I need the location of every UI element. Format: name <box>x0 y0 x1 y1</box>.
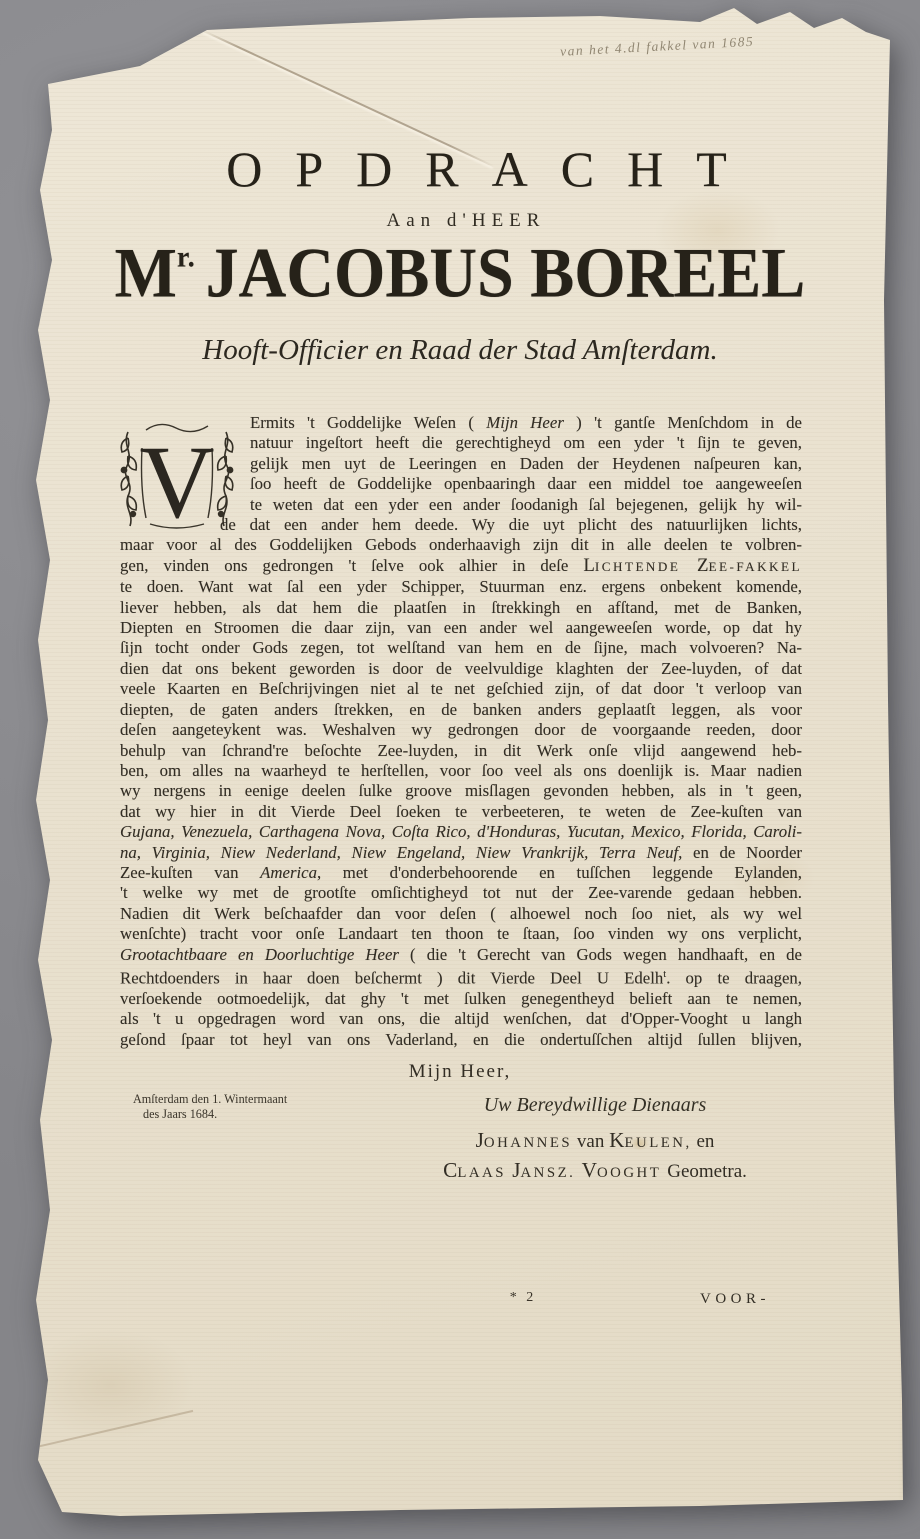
text-segment: Z <box>697 555 708 576</box>
handwritten-annotation: van het 4.dl fakkel van 1685 <box>560 28 860 60</box>
text-segment: EE-FAKKEL <box>708 559 802 574</box>
date-note-line2: des Jaars 1684. <box>133 1107 287 1122</box>
text-segment: V <box>582 1158 597 1182</box>
text-segment: Geometra. <box>667 1161 747 1182</box>
signature-johannes-van-keulen: JOHANNES van KEULEN, en <box>370 1128 820 1153</box>
salutation: Mijn Heer, <box>120 1061 800 1083</box>
body-line: geſond ſpaar tot heyl van ons Vaderland,… <box>120 1030 802 1050</box>
text-segment: gelijk men uyt de Leeringen en Daden der… <box>250 454 802 473</box>
text-segment: EULEN, <box>624 1135 691 1151</box>
text-segment: verſoekende ootmoedelijk, dat ghy 't met… <box>120 989 802 1008</box>
text-segment: Rechtdoenders in haar doen beſchermt ) d… <box>120 969 663 988</box>
body-line: gen, vinden ons gedrongen 't ſelve ook a… <box>120 556 802 577</box>
body-line: als 't u opgedragen word van ons, die al… <box>120 1009 802 1029</box>
servants-line: Uw Bereydwillige Dienaars <box>380 1094 810 1117</box>
dedication-line: Aan d'HEER <box>120 210 806 232</box>
body-line: verſoekende ootmoedelijk, dat ghy 't met… <box>120 989 802 1009</box>
text-segment: Grootachtbaare en Doorluchtige Heer <box>120 945 399 964</box>
body-line: Ermits 't Goddelijke Weſen ( Mijn Heer )… <box>120 413 802 433</box>
text-segment: dat wy hier in dit Vierde Deel ſoeken te… <box>120 802 802 821</box>
text-segment: deſen aangeteykent was. Weshalven wy ged… <box>120 720 802 739</box>
body-line: Zee-kuſten van America, met d'onderbehoo… <box>120 863 802 883</box>
body-line: deſen aangeteykent was. Weshalven wy ged… <box>120 720 802 740</box>
paper-crease-bottom <box>32 1410 193 1449</box>
body-line: ben, om alles na waarheyd te herſtellen,… <box>120 761 802 781</box>
body-line: te weten dat een yder een ander ſoodanig… <box>120 495 802 515</box>
text-segment: 't welke wy met de grootſte omſichtighey… <box>120 883 802 902</box>
text-segment: OHANNES <box>484 1135 572 1151</box>
body-line: de dat een ander hem deede. Wy die uyt p… <box>120 515 802 535</box>
body-line: Diepten en Stroomen die daar zijn, van e… <box>120 618 802 638</box>
text-segment: ben, om alles na waarheyd te herſtellen,… <box>120 761 802 780</box>
text-segment: dien dat ons bekent geworden is door de … <box>120 659 802 678</box>
text-segment: K <box>609 1128 624 1152</box>
text-segment: ICHTENDE <box>595 559 697 574</box>
text-segment: liever hebben, als dat hem die plaatſen … <box>120 598 802 617</box>
body-line: ſoo heeft de Goddelijke openbaaringh daa… <box>120 474 802 494</box>
text-segment: en <box>692 1131 715 1152</box>
date-note: Amſterdam den 1. Wintermaant des Jaars 1… <box>133 1092 287 1121</box>
text-segment: LAAS <box>457 1165 512 1181</box>
text-segment: als 't u opgedragen word van ons, die al… <box>120 1009 802 1028</box>
text-segment: ) 't gantſe Menſchdom in de <box>564 413 802 432</box>
paper-sheet: van het 4.dl fakkel van 1685 OPDRACHT Aa… <box>0 0 920 1539</box>
text-segment: gen, vinden ons gedrongen 't ſelve ook a… <box>120 556 583 575</box>
text-segment: OOGHT <box>597 1165 667 1181</box>
body-line: Nadien dit Werk beſchaafder dan voor deſ… <box>120 904 802 924</box>
dedicatee-subtitle: Hooft-Officier en Raad der Stad Amſterda… <box>120 334 800 367</box>
text-segment: maar voor al des Goddelijken Gebods onde… <box>120 535 802 554</box>
text-segment: , met d'onderbehoorende en tuſſchen legg… <box>317 863 802 882</box>
name-prefix: M <box>115 234 177 313</box>
body-line: na, Virginia, Niew Nederland, Niew Engel… <box>120 843 802 863</box>
text-segment: en de Noorder <box>682 843 802 862</box>
text-segment: J <box>476 1128 484 1152</box>
body-text: Ermits 't Goddelijke Weſen ( Mijn Heer )… <box>120 413 802 1050</box>
dedicatee-name: Mr.JACOBUS BOREEL <box>112 233 808 315</box>
text-segment: Zee-kuſten van <box>120 863 260 882</box>
text-segment: ſijn tocht onder Gods zegen, tot welſtan… <box>120 638 802 657</box>
text-segment: geſond ſpaar tot heyl van ons Vaderland,… <box>120 1030 802 1049</box>
text-segment: ( die 't Gerecht van Gods wegen handhaaf… <box>399 945 802 964</box>
text-segment: C <box>443 1158 457 1182</box>
body-line: veele Kaarten en Beſchrijvingen niet al … <box>120 679 802 699</box>
body-line: wenſchte) tracht voor onſe Landaart ten … <box>120 924 802 944</box>
paper-shadow: van het 4.dl fakkel van 1685 OPDRACHT Aa… <box>0 0 920 1539</box>
text-segment: te weten dat een yder een ander ſoodanig… <box>250 495 802 514</box>
text-segment: Diepten en Stroomen die daar zijn, van e… <box>120 618 802 637</box>
text-segment: natuur ingeſtort heeft die gerechtigheyd… <box>250 433 802 452</box>
body-line: Grootachtbaare en Doorluchtige Heer ( di… <box>120 945 802 965</box>
body-line: behulp van ſchrand're beſochte Zee-luyde… <box>120 741 802 761</box>
text-segment: behulp van ſchrand're beſochte Zee-luyde… <box>120 741 802 760</box>
text-segment: America <box>260 863 317 882</box>
body-line: Gujana, Venezuela, Carthagena Nova, Coſt… <box>120 822 802 842</box>
text-segment: wenſchte) tracht voor onſe Landaart ten … <box>120 924 802 943</box>
text-segment: Ermits 't Goddelijke Weſen ( <box>250 413 486 432</box>
body-line: diepten, de gaten anders ſtrekken, en de… <box>120 700 802 720</box>
body-line: natuur ingeſtort heeft die gerechtigheyd… <box>120 433 802 453</box>
body-line: Rechtdoenders in haar doen beſchermt ) d… <box>120 965 802 989</box>
text-segment: diepten, de gaten anders ſtrekken, en de… <box>120 700 802 719</box>
page-title: OPDRACHT <box>120 140 833 198</box>
text-segment: Nadien dit Werk beſchaafder dan voor deſ… <box>120 904 802 923</box>
gathering-signature-mark: * 2 <box>498 1290 548 1306</box>
body-line: te doen. Want wat ſal een yder Schipper,… <box>120 577 802 597</box>
date-note-line1: Amſterdam den 1. Wintermaant <box>133 1092 287 1107</box>
body-line: wy nergens in eenige deelen ſulke groove… <box>120 781 802 801</box>
text-segment: wy nergens in eenige deelen ſulke groove… <box>120 781 802 800</box>
body-line: dat wy hier in dit Vierde Deel ſoeken te… <box>120 802 802 822</box>
text-segment: te doen. Want wat ſal een yder Schipper,… <box>120 577 802 596</box>
catchword: VOOR- <box>700 1291 810 1308</box>
scan-background: van het 4.dl fakkel van 1685 OPDRACHT Aa… <box>0 0 920 1539</box>
text-segment: . op te draagen, <box>666 969 802 988</box>
body-line: maar voor al des Goddelijken Gebods onde… <box>120 535 802 555</box>
text-segment: ſoo heeft de Goddelijke openbaaringh daa… <box>250 474 802 493</box>
body-line: ſijn tocht onder Gods zegen, tot welſtan… <box>120 638 802 658</box>
text-segment: van <box>572 1131 609 1152</box>
text-segment: veele Kaarten en Beſchrijvingen niet al … <box>120 679 802 698</box>
body-line: liever hebben, als dat hem die plaatſen … <box>120 598 802 618</box>
text-segment: de dat een ander hem deede. Wy die uyt p… <box>220 515 802 534</box>
text-segment: Gujana, Venezuela, Carthagena Nova, Coſt… <box>120 822 802 841</box>
signature-claas-jansz-vooght: CLAAS JANSZ. VOOGHT Geometra. <box>370 1158 820 1183</box>
text-segment: na, Virginia, Niew Nederland, Niew Engel… <box>120 843 682 862</box>
name-superscript: r. <box>177 239 196 272</box>
text-segment: Mijn Heer <box>486 413 564 432</box>
body-line: 't welke wy met de grootſte omſichtighey… <box>120 883 802 903</box>
text-segment: ANSZ. <box>520 1165 581 1181</box>
text-segment: L <box>583 555 594 576</box>
body-line: dien dat ons bekent geworden is door de … <box>120 659 802 679</box>
name-rest: JACOBUS BOREEL <box>206 234 806 313</box>
body-line: gelijk men uyt de Leeringen en Daden der… <box>120 454 802 474</box>
